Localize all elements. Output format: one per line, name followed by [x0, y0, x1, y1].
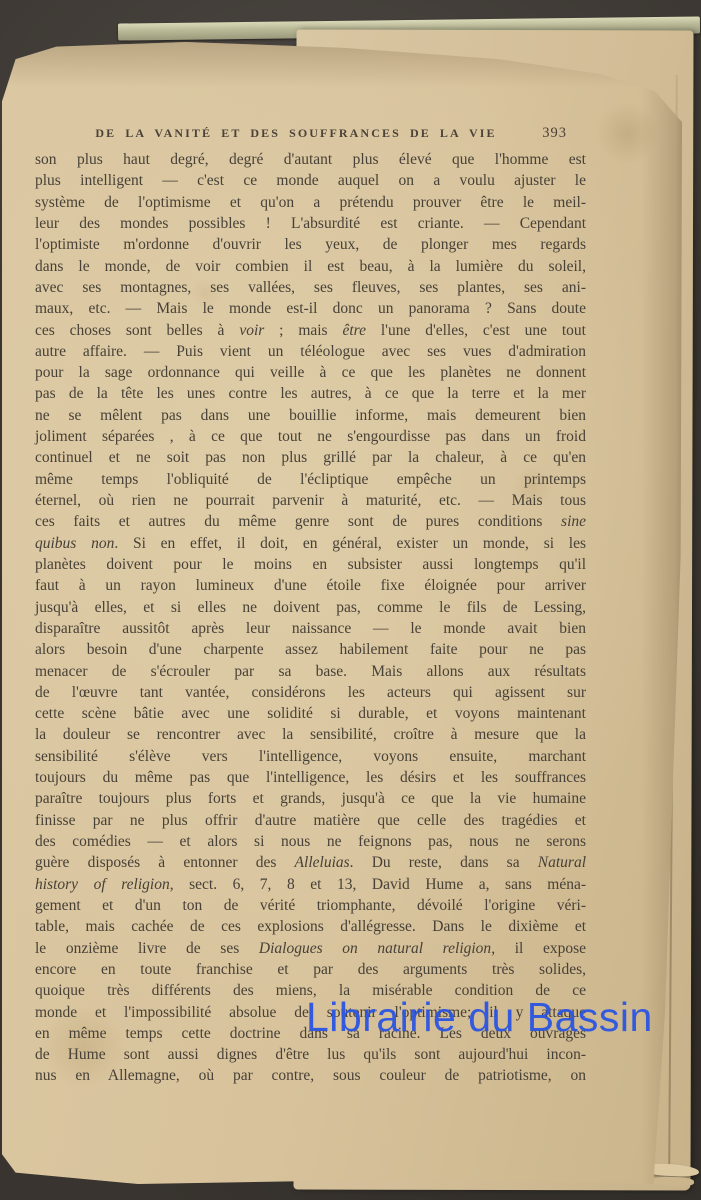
body-line: plus intelligent — c'est ce monde auquel…: [35, 170, 586, 191]
body-line: l'optimiste m'ordonne d'ouvrir les yeux,…: [35, 234, 586, 255]
body-line: jusqu'à elles, et si elles ne doivent pa…: [35, 597, 586, 618]
body-line: quibus non. Si en effet, il doit, en gén…: [35, 533, 586, 554]
body-text: son plus haut degré, degré d'autant plus…: [35, 149, 586, 1087]
italic-segment: sine: [561, 513, 586, 530]
body-line: guère disposés à entonner des Alleluias.…: [35, 852, 586, 873]
body-line: de l'œuvre tant vantée, considérons les …: [35, 682, 586, 703]
body-line: joliment séparées , à ce que tout ne s'e…: [35, 426, 586, 447]
body-line: toujours du même pas que l'intelligence,…: [35, 767, 586, 788]
body-line: pas de la tête les unes contre les autre…: [35, 383, 586, 404]
italic-segment: quibus non: [35, 535, 114, 552]
page-number: 393: [542, 125, 567, 142]
italic-segment: history of religion: [35, 876, 170, 893]
body-line: la douleur se rencontrer avec la sensibi…: [35, 724, 586, 745]
body-line: de Hume sont aussi dignes d'être lus qu'…: [35, 1044, 586, 1065]
body-line: alors besoin d'une charpente assez habil…: [35, 639, 586, 660]
body-line: planètes doivent pour le moins en subsis…: [35, 554, 586, 575]
body-line: cette scène bâtie avec une solidité si d…: [35, 703, 586, 724]
italic-segment: être: [342, 322, 366, 339]
body-line: dans le monde, de voir combien il est be…: [35, 256, 586, 277]
body-line: ne se mêlent pas dans une bouillie infor…: [35, 405, 586, 426]
running-title: DE LA VANITÉ ET DES SOUFFRANCES DE LA VI…: [21, 126, 571, 141]
body-line: avec ses montagnes, ses vallées, ses fle…: [35, 277, 586, 298]
italic-segment: Dialogues on natural religion: [259, 940, 491, 957]
body-line: système de l'optimisme et qu'on a préten…: [35, 192, 586, 213]
watermark-overlay: Librairie du Bassin: [306, 994, 653, 1041]
book-photo: { "photo": { "background_color": "#39342…: [0, 0, 701, 1200]
body-line: faut à un rayon lumineux d'une étoile fi…: [35, 575, 586, 596]
body-line: nus en Allemagne, où par contre, sous co…: [35, 1065, 586, 1086]
body-line: sensibilité s'élève vers l'intelligence,…: [35, 746, 586, 767]
body-line: ces choses sont belles à voir ; mais êtr…: [35, 320, 586, 341]
body-line: même temps l'obliquité de l'écliptique e…: [35, 469, 586, 490]
body-line: son plus haut degré, degré d'autant plus…: [35, 149, 586, 170]
body-line: autre affaire. — Puis vient un téléologu…: [35, 341, 586, 362]
body-line: table, mais cachée de ces explosions d'a…: [35, 916, 586, 937]
body-line: paraître toujours plus forts et grands, …: [35, 788, 586, 809]
body-line: encore en toute franchise et par des arg…: [35, 959, 586, 980]
body-line: des comédies — et alors si nous ne feign…: [35, 831, 586, 852]
body-line: menacer de s'écrouler par sa base. Mais …: [35, 661, 586, 682]
italic-segment: Alleluias: [295, 854, 350, 871]
italic-segment: voir: [239, 322, 264, 339]
body-line: disparaître aussitôt après leur naissanc…: [35, 618, 586, 639]
body-line: leur des mondes possibles ! L'absurdité …: [35, 213, 586, 234]
italic-segment: Natural: [538, 854, 586, 871]
body-line: éternel, où rien ne pourrait parvenir à …: [35, 490, 586, 511]
body-line: finisse par ne plus offrir d'autre matiè…: [35, 810, 586, 831]
running-head: DE LA VANITÉ ET DES SOUFFRANCES DE LA VI…: [35, 126, 585, 146]
body-line: history of religion, sect. 6, 7, 8 et 13…: [35, 874, 586, 895]
body-line: gement et d'un ton de vérité triomphante…: [35, 895, 586, 916]
body-line: ces faits et autres du même genre sont d…: [35, 511, 586, 532]
body-line: maux, etc. — Mais le monde est-il donc u…: [35, 298, 586, 319]
body-line: pour la sage ordonnance qui veille à ce …: [35, 362, 586, 383]
body-line: continuel et ne soit pas non plus grillé…: [35, 447, 586, 468]
body-line: le onzième livre de ses Dialogues on nat…: [35, 938, 586, 959]
